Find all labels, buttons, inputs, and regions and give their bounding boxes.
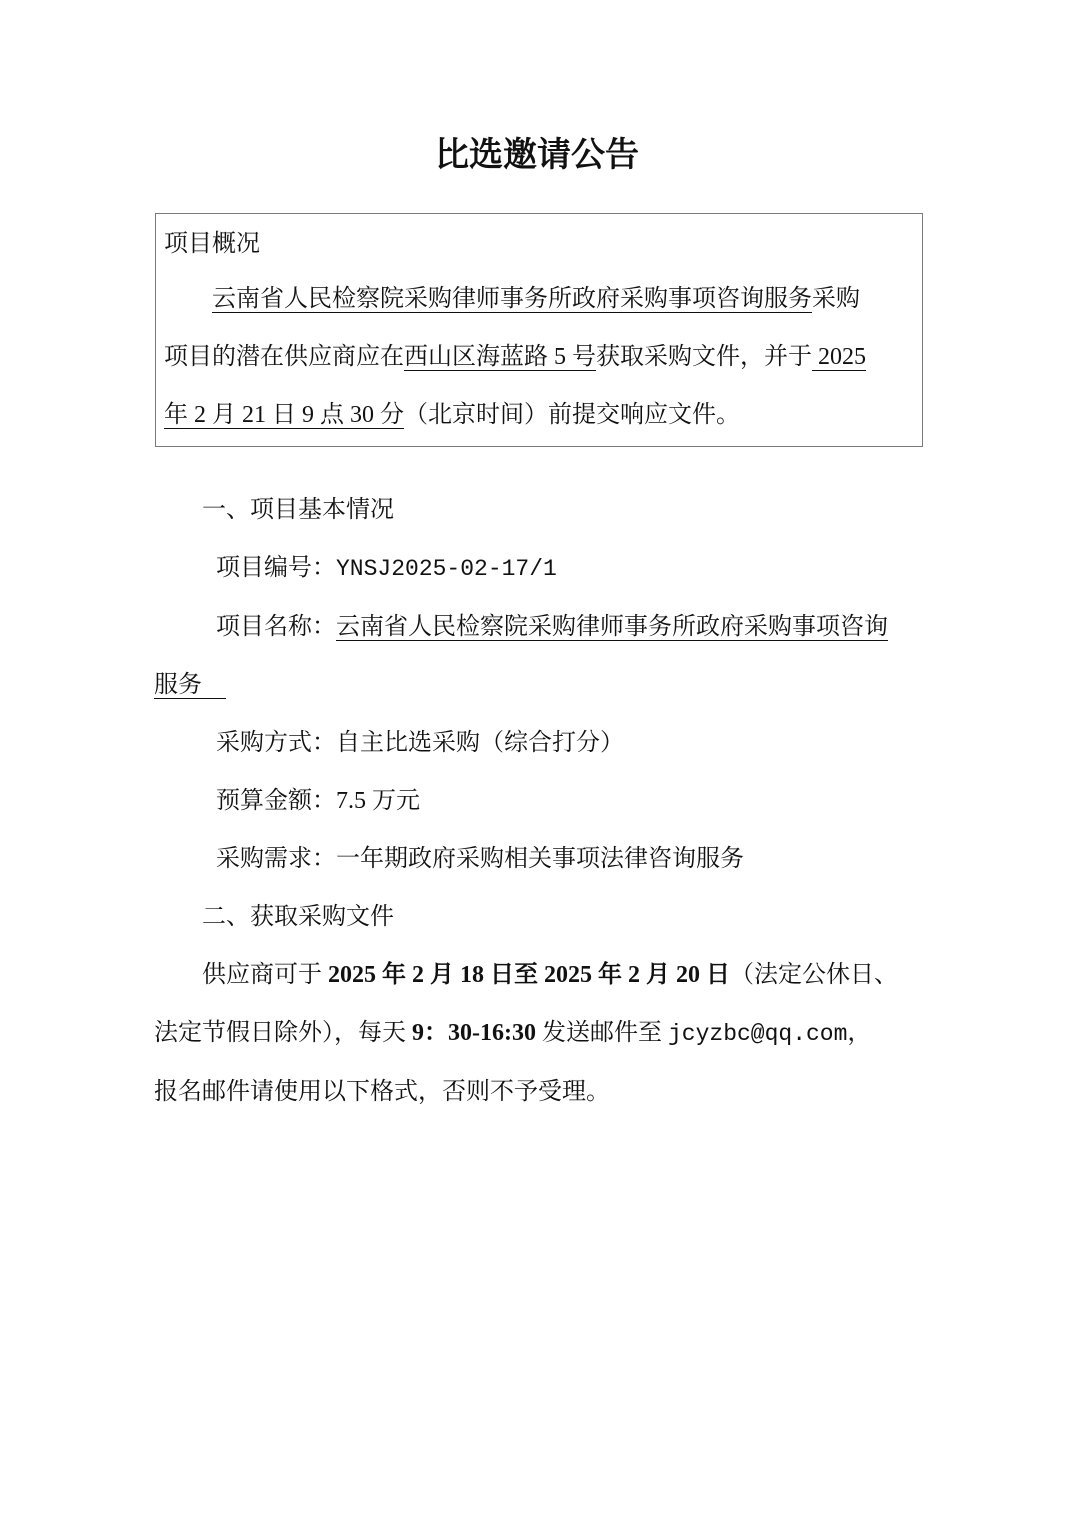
- overview-datetime-underlined: 年 2 月 21 日 9 点 30 分: [164, 402, 404, 429]
- section2-date-range: 2025 年 2 月 18 日至 2025 年 2 月 20 日: [328, 962, 730, 988]
- overview-line2-pre: 项目的潜在供应商应在: [164, 344, 404, 370]
- overview-heading: 项目概况: [164, 218, 914, 270]
- project-number-value: YNSJ2025-02-17/1: [336, 556, 557, 582]
- procurement-method-line: 采购方式：自主比选采购（综合打分）: [154, 714, 926, 772]
- section2-line1-pre: 供应商可于: [202, 962, 328, 988]
- demand-value: 一年期政府采购相关事项法律咨询服务: [336, 846, 744, 872]
- overview-paragraph: 云南省人民检察院采购律师事务所政府采购事项咨询服务采购项目的潜在供应商应在西山区…: [164, 270, 914, 444]
- project-number-label: 项目编号：: [216, 555, 336, 581]
- project-number-line: 项目编号：YNSJ2025-02-17/1: [154, 539, 926, 598]
- section2-line2-mid: 发送邮件至: [536, 1020, 668, 1046]
- section2-line2-post: ，: [847, 1020, 871, 1046]
- project-name-value-line2: 服务: [154, 672, 226, 699]
- procurement-method-value: 自主比选采购（综合打分）: [336, 730, 624, 756]
- project-name-line: 项目名称：云南省人民检察院采购律师事务所政府采购事项咨询服务: [154, 598, 926, 714]
- overview-line1-rest: 采购: [812, 286, 860, 312]
- demand-label: 采购需求：: [216, 846, 336, 872]
- overview-address-underlined: 西山区海蓝路 5 号: [404, 344, 596, 371]
- project-overview-box: 项目概况 云南省人民检察院采购律师事务所政府采购事项咨询服务采购项目的潜在供应商…: [155, 213, 923, 447]
- project-name-value-line1: 云南省人民检察院采购律师事务所政府采购事项咨询: [336, 614, 888, 641]
- overview-year-underlined: 2025: [812, 344, 866, 371]
- section2-line3: 报名邮件请使用以下格式，否则不予受理。: [154, 1079, 610, 1105]
- section2-heading: 二、获取采购文件: [154, 888, 926, 946]
- overview-line3-rest: （北京时间）前提交响应文件。: [404, 402, 740, 428]
- procurement-method-label: 采购方式：: [216, 730, 336, 756]
- document-page: 比选邀请公告 项目概况 云南省人民检察院采购律师事务所政府采购事项咨询服务采购项…: [0, 0, 1074, 1520]
- section2-line1-post: （法定公休日、: [730, 962, 898, 988]
- budget-label: 预算金额：: [216, 788, 336, 814]
- section2-time-range: 9：30-16:30: [412, 1020, 536, 1046]
- document-body: 一、项目基本情况 项目编号：YNSJ2025-02-17/1 项目名称：云南省人…: [154, 481, 926, 1121]
- budget-line: 预算金额：7.5 万元: [154, 772, 926, 830]
- overview-project-name-underlined: 云南省人民检察院采购律师事务所政府采购事项咨询服务: [212, 286, 812, 313]
- section2-paragraph: 供应商可于 2025 年 2 月 18 日至 2025 年 2 月 20 日（法…: [154, 946, 926, 1121]
- demand-line: 采购需求：一年期政府采购相关事项法律咨询服务: [154, 830, 926, 888]
- document-title: 比选邀请公告: [0, 0, 1074, 178]
- section1-heading: 一、项目基本情况: [154, 481, 926, 539]
- contact-email: jcyzbc@qq.com: [668, 1021, 847, 1047]
- overview-line2-mid: 获取采购文件，并于: [596, 344, 812, 370]
- budget-value: 7.5 万元: [336, 788, 420, 814]
- project-name-label: 项目名称：: [216, 614, 336, 640]
- section2-line2-pre: 法定节假日除外），每天: [154, 1020, 412, 1046]
